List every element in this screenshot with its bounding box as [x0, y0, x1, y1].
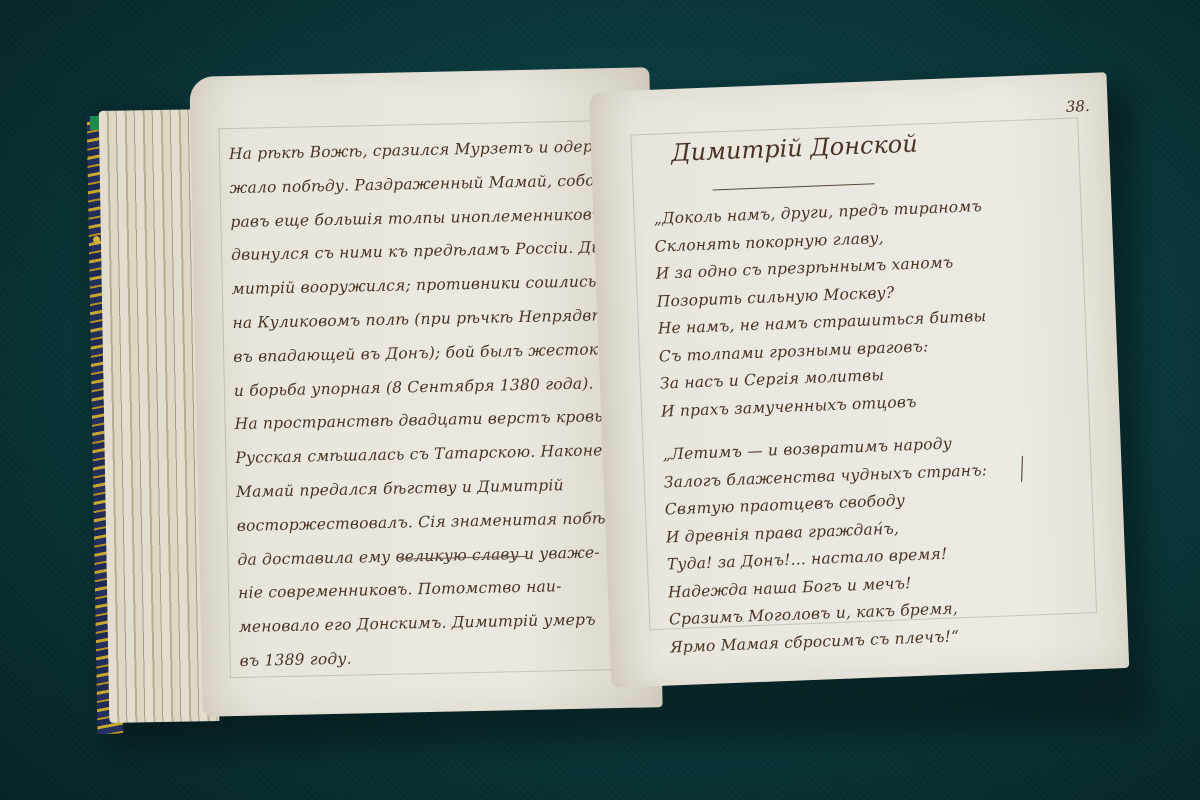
prose-line: въ 1389 году. — [239, 637, 628, 679]
open-manuscript-book: На рѣкѣ Вожѣ, сразился Мурзетъ и одер- ж… — [0, 0, 1200, 800]
page-number: 38. — [1065, 97, 1090, 116]
photo-scene: На рѣкѣ Вожѣ, сразился Мурзетъ и одер- ж… — [0, 0, 1200, 800]
left-page-prose: На рѣкѣ Вожѣ, сразился Мурзетъ и одер- ж… — [229, 130, 629, 679]
right-page: 38. Димитрій Донской „Доколь намъ, други… — [589, 72, 1129, 687]
poem-body: „Доколь намъ, други, предъ тираномъ Скло… — [653, 193, 999, 661]
